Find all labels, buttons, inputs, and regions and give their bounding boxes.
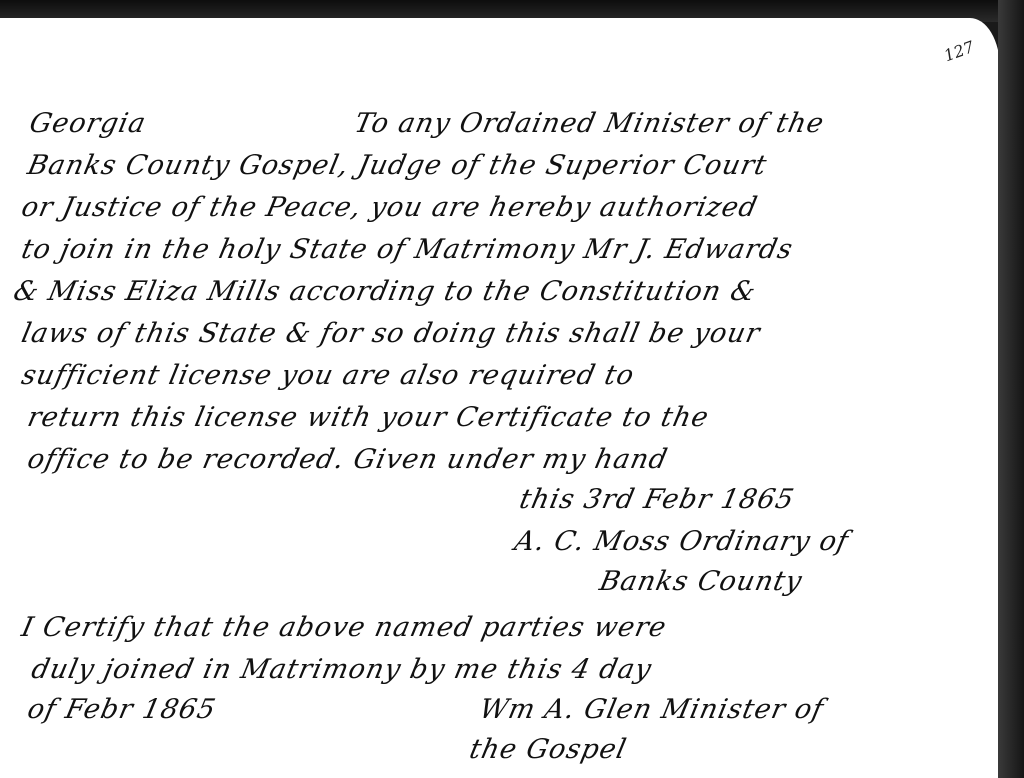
minister-title: the Gospel bbox=[467, 734, 630, 765]
license-line-8: return this license with your Certificat… bbox=[25, 402, 712, 433]
license-date: this 3rd Febr 1865 bbox=[517, 484, 798, 515]
minister-signature: Wm A. Glen Minister of bbox=[477, 694, 827, 725]
license-line-2: Banks County Gospel, Judge of the Superi… bbox=[25, 150, 770, 181]
state-heading: Georgia bbox=[27, 108, 149, 139]
license-line-3: or Justice of the Peace, you are hereby … bbox=[19, 192, 761, 223]
ordinary-signature: A. C. Moss Ordinary of bbox=[512, 526, 852, 557]
certificate-line-1: I Certify that the above named parties w… bbox=[19, 612, 670, 643]
certificate-line-2: duly joined in Matrimony by me this 4 da… bbox=[29, 654, 655, 685]
license-line-5: & Miss Eliza Mills according to the Cons… bbox=[11, 276, 759, 307]
license-line-4: to join in the holy State of Matrimony M… bbox=[19, 234, 796, 265]
license-line-6: laws of this State & for so doing this s… bbox=[19, 318, 764, 349]
certificate-date: of Febr 1865 bbox=[25, 694, 219, 725]
license-line-1: To any Ordained Minister of the bbox=[352, 108, 827, 139]
license-line-7: sufficient license you are also required… bbox=[19, 360, 638, 391]
ordinary-county: Banks County bbox=[597, 566, 806, 597]
license-line-9: office to be recorded. Given under my ha… bbox=[25, 444, 671, 475]
scan-right-edge bbox=[998, 0, 1024, 778]
